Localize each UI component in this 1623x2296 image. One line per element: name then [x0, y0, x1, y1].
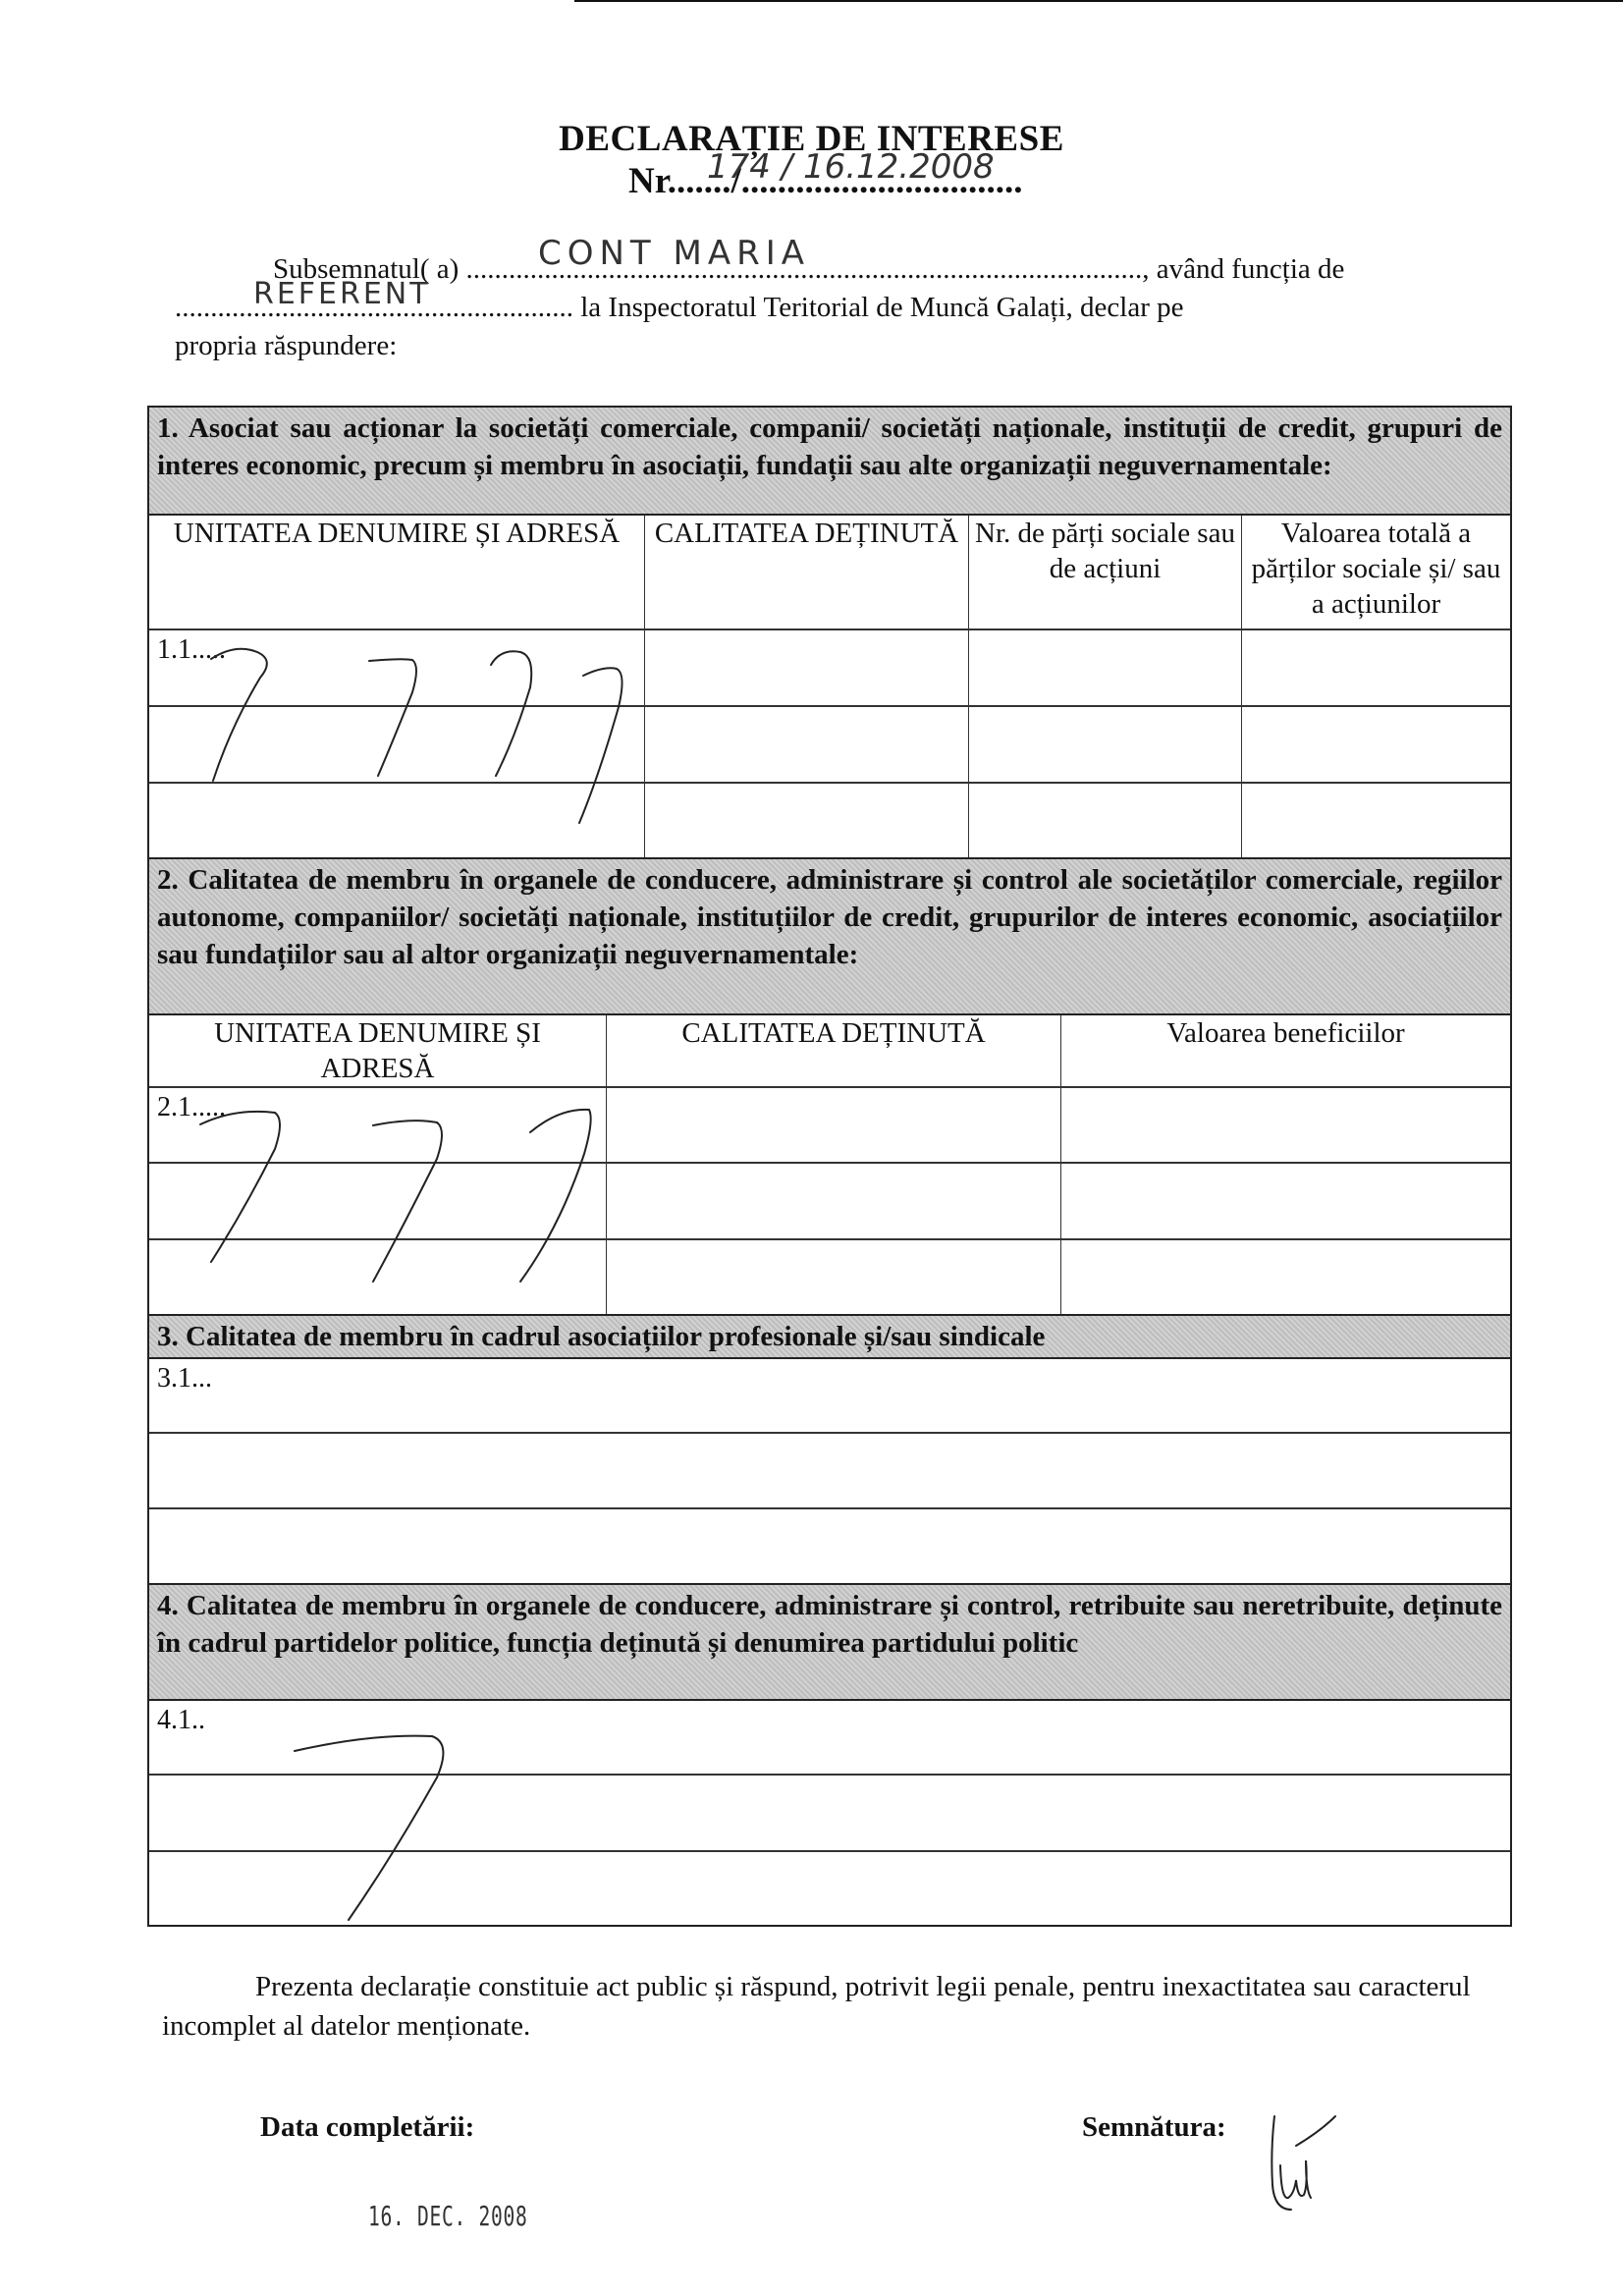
column-header-nr-parti: Nr. de părți sociale sau de acțiuni — [969, 516, 1242, 629]
number-label: Nr. — [628, 161, 676, 201]
table-cell — [607, 1088, 1061, 1162]
table-cell — [969, 630, 1242, 705]
table-cell — [969, 784, 1242, 857]
date-label: Data completării: — [260, 2111, 474, 2144]
table-cell — [1061, 1240, 1510, 1314]
signature-icon — [1267, 2111, 1375, 2219]
table-row: 1.1..... — [149, 630, 1510, 707]
table-cell — [149, 1776, 1510, 1850]
table-cell — [645, 707, 969, 782]
column-header-calitatea: CALITATEA DEȚINUTĂ — [607, 1015, 1061, 1086]
section-1-column-headers: UNITATEA DENUMIRE ȘI ADRESĂ CALITATEA DE… — [149, 516, 1510, 630]
table-cell — [1242, 630, 1510, 705]
table-row — [149, 707, 1510, 784]
table-row — [149, 1240, 1510, 1316]
handwritten-name: CONT MARIA — [538, 234, 810, 273]
table-cell — [1061, 1164, 1510, 1238]
section-2-column-headers: UNITATEA DENUMIRE ȘI ADRESĂ CALITATEA DE… — [149, 1015, 1510, 1088]
table-cell — [607, 1164, 1061, 1238]
row-label: 2.1..... — [149, 1088, 607, 1162]
signature-label: Semnătura: — [1082, 2111, 1226, 2144]
closing-text: Prezenta declarație constituie act publi… — [162, 1971, 1471, 2042]
table-cell — [645, 784, 969, 857]
table-cell — [149, 1434, 1510, 1507]
table-cell — [149, 784, 645, 857]
table-cell — [149, 1509, 1510, 1583]
table-cell — [645, 630, 969, 705]
declaration-table: 1. Asociat sau acționar la societăți com… — [147, 406, 1512, 1927]
table-cell — [149, 1852, 1510, 1925]
table-cell — [969, 707, 1242, 782]
column-header-unitatea: UNITATEA DENUMIRE ȘI ADRESĂ — [149, 1015, 607, 1086]
section-2-heading: 2. Calitatea de membru în organele de co… — [149, 859, 1510, 1015]
section-1-heading: 1. Asociat sau acționar la societăți com… — [149, 408, 1510, 516]
table-row — [149, 1434, 1510, 1509]
section-3-heading: 3. Calitatea de membru în cadrul asociaț… — [149, 1316, 1510, 1359]
row-label: 1.1..... — [149, 630, 645, 705]
table-row — [149, 1852, 1510, 1925]
table-cell — [1061, 1088, 1510, 1162]
table-cell — [1242, 784, 1510, 857]
function-label: , având funcția de — [1142, 253, 1344, 285]
handwritten-function: REFERENT — [253, 277, 431, 311]
column-header-calitatea: CALITATEA DEȚINUTĂ — [645, 516, 969, 629]
table-row — [149, 1164, 1510, 1240]
section-4-heading: 4. Calitatea de membru în organele de co… — [149, 1585, 1510, 1701]
table-row: 2.1..... — [149, 1088, 1510, 1164]
table-row — [149, 1776, 1510, 1852]
table-row — [149, 784, 1510, 859]
top-border-line — [574, 0, 1623, 2]
row-label: 3.1... — [149, 1359, 1510, 1432]
table-cell — [149, 1164, 607, 1238]
closing-statement: Prezenta declarație constituie act publi… — [162, 1967, 1507, 2046]
table-cell — [607, 1240, 1061, 1314]
column-header-valoarea-beneficiilor: Valoarea beneficiilor — [1061, 1015, 1510, 1086]
table-cell — [149, 1240, 607, 1314]
table-row: 4.1.. — [149, 1701, 1510, 1776]
column-header-valoarea: Valoarea totală a părților sociale și/ s… — [1242, 516, 1510, 629]
table-cell — [149, 707, 645, 782]
handwritten-number: 174 / 16.12.2008 — [707, 147, 995, 187]
row-label: 4.1.. — [149, 1701, 1510, 1774]
table-row: 3.1... — [149, 1359, 1510, 1434]
column-header-unitatea: UNITATEA DENUMIRE ȘI ADRESĂ — [149, 516, 645, 629]
intro-line-3: propria răspundere: — [175, 330, 397, 362]
institution-text: la Inspectoratul Teritorial de Muncă Gal… — [573, 292, 1183, 323]
table-cell — [1242, 707, 1510, 782]
table-row — [149, 1509, 1510, 1585]
date-stamp: 16. DEC. 2008 — [368, 2200, 528, 2232]
